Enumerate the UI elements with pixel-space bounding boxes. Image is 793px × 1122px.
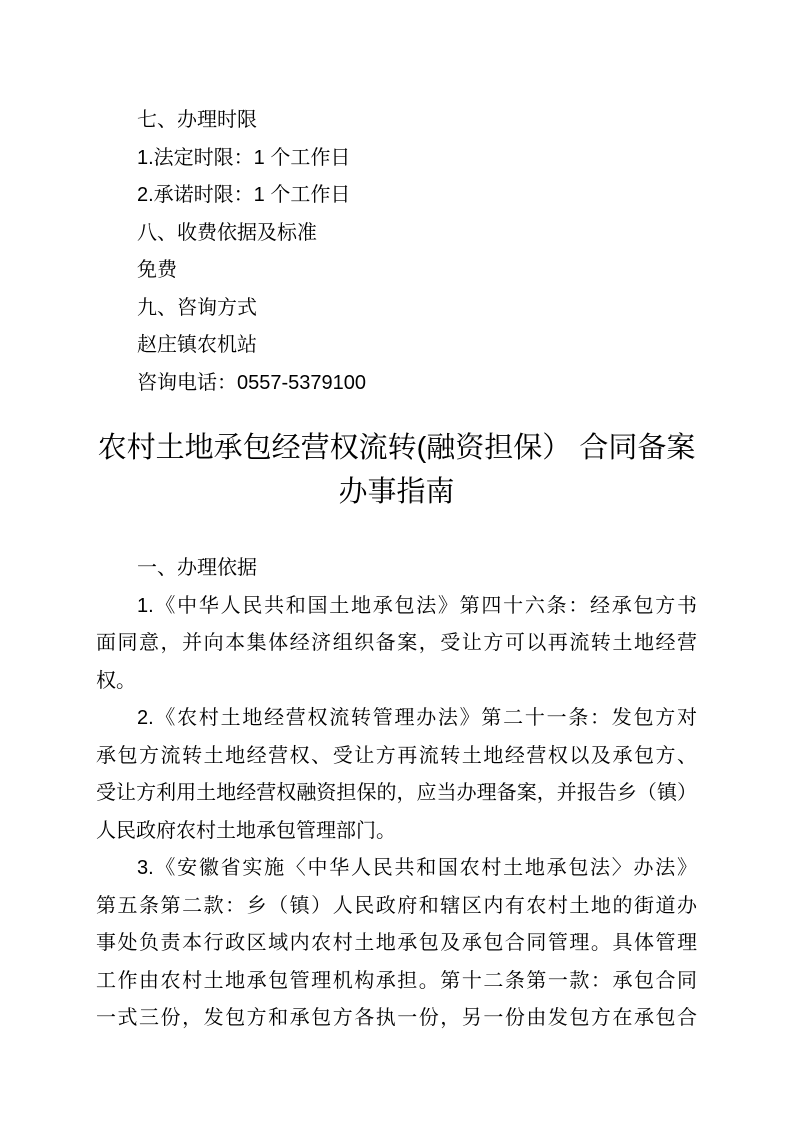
title-line-2: 办事指南 bbox=[96, 470, 697, 514]
paragraph-1-line: 面同意，并向本集体经济组织备案，受让方可以再流转土地经营 bbox=[96, 625, 697, 663]
paragraph-2-line: 承包方流转土地经营权、受让方再流转土地经营权以及承包方、 bbox=[96, 738, 697, 776]
paragraph-1: 1.《中华人民共和国土地承包法》第四十六条：经承包方书 面同意，并向本集体经济组… bbox=[96, 588, 697, 701]
document-page: 七、办理时限 1.法定时限：1 个工作日 2.承诺时限：1 个工作日 八、收费依… bbox=[0, 0, 793, 1122]
line-consultation-phone: 咨询电话：0557-5379100 bbox=[96, 365, 697, 403]
paragraph-2-line: 2.《农村土地经营权流转管理办法》第二十一条：发包方对 bbox=[96, 700, 697, 738]
line-agency-name: 赵庄镇农机站 bbox=[96, 327, 697, 365]
heading-time-limit: 七、办理时限 bbox=[96, 102, 697, 140]
paragraph-1-line: 1.《中华人民共和国土地承包法》第四十六条：经承包方书 bbox=[96, 588, 697, 626]
top-section: 七、办理时限 1.法定时限：1 个工作日 2.承诺时限：1 个工作日 八、收费依… bbox=[96, 102, 697, 402]
heading-handling-basis: 一、办理依据 bbox=[96, 550, 697, 588]
paragraph-3-line: 3.《安徽省实施〈中华人民共和国农村土地承包法〉办法》 bbox=[96, 850, 697, 888]
line-free-of-charge: 免费 bbox=[96, 252, 697, 290]
paragraph-1-line: 权。 bbox=[96, 663, 697, 701]
paragraph-2-line: 人民政府农村土地承包管理部门。 bbox=[96, 813, 697, 851]
paragraph-2: 2.《农村土地经营权流转管理办法》第二十一条：发包方对 承包方流转土地经营权、受… bbox=[96, 700, 697, 850]
line-statutory-time-limit: 1.法定时限：1 个工作日 bbox=[96, 140, 697, 178]
paragraph-2-line: 受让方利用土地经营权融资担保的，应当办理备案，并报告乡（镇） bbox=[96, 775, 697, 813]
paragraph-3-line: 第五条第二款：乡（镇）人民政府和辖区内有农村土地的街道办 bbox=[96, 888, 697, 926]
paragraph-3-line: 事处负责本行政区域内农村土地承包及承包合同管理。具体管理 bbox=[96, 925, 697, 963]
title-line-1: 农村土地承包经营权流转(融资担保） 合同备案 bbox=[96, 426, 697, 470]
paragraph-3: 3.《安徽省实施〈中华人民共和国农村土地承包法〉办法》 第五条第二款：乡（镇）人… bbox=[96, 850, 697, 1038]
paragraph-3-line: 一式三份，发包方和承包方各执一份，另一份由发包方在承包合 bbox=[96, 1000, 697, 1038]
legal-basis-section: 一、办理依据 1.《中华人民共和国土地承包法》第四十六条：经承包方书 面同意，并… bbox=[96, 550, 697, 1038]
heading-fee-basis: 八、收费依据及标准 bbox=[96, 215, 697, 253]
document-title: 农村土地承包经营权流转(融资担保） 合同备案 办事指南 bbox=[96, 426, 697, 514]
line-promised-time-limit: 2.承诺时限：1 个工作日 bbox=[96, 177, 697, 215]
heading-consultation-method: 九、咨询方式 bbox=[96, 290, 697, 328]
paragraph-3-line: 工作由农村土地承包管理机构承担。第十二条第一款：承包合同 bbox=[96, 963, 697, 1001]
